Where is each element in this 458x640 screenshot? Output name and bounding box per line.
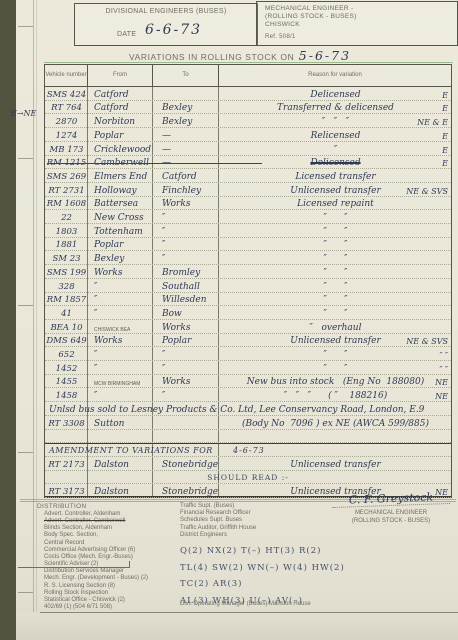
table-row: RM 1215Camberwell—DelicensedE: [45, 156, 451, 170]
vehicle-number: RT 2173: [45, 460, 88, 470]
distribution-title: DISTRIBUTION: [37, 503, 86, 510]
reason-text: ″ ″: [324, 309, 348, 319]
scanned-document-page: DIVISIONAL ENGINEERS (BUSES) DATE 6-6-73…: [0, 0, 458, 640]
mechanical-engineer-line3: CHISWICK: [265, 21, 457, 29]
table-row: 1455MCW BIRMINGHAMWorksNew bus into stoc…: [45, 375, 451, 389]
to-cell: ″: [154, 213, 220, 223]
should-read-text: SHOULD READ :-: [207, 473, 289, 482]
reason-text: Licensed repaint: [297, 199, 374, 209]
reason-text: Transferred & delicensed: [277, 103, 394, 113]
signatory-line2: (ROLLING STOCK - BUSES): [326, 518, 456, 526]
table-row: 1881Poplar″″ ″: [45, 238, 451, 252]
table-header: Vehicle number From To Reason for variat…: [44, 64, 452, 87]
reason-cell: ″ ″″ ″: [220, 349, 451, 360]
reason-text: Delicensed: [310, 158, 360, 168]
row-code-note: E: [442, 146, 448, 155]
vehicle-number: 1452: [45, 364, 88, 374]
recipient-item: District Engineers: [180, 532, 256, 539]
paper-fold-line: [40, 612, 458, 613]
reason-cell: ″ ″: [220, 267, 451, 278]
row-code-note: NE & SVS: [406, 337, 448, 346]
from-cell: ″: [88, 364, 154, 374]
garage-code-counts: Q(2) NX(2) T(–) HT(3) R(2)TL(4) SW(2) WN…: [180, 543, 345, 609]
reason-cell: Licensed transfer: [220, 171, 451, 182]
from-cell: ″: [88, 295, 154, 305]
table-row: SMS 424CatfordDelicensedE: [45, 87, 451, 101]
reason-text: (Body No 7096 ) ex NE (AWCA 599/885): [242, 419, 429, 429]
table-row: RT 2731HollowayFinchleyUnlicensed transf…: [45, 183, 451, 197]
to-cell: ″: [154, 391, 220, 401]
reason-text: Delicensed: [310, 90, 360, 100]
reason-text: New bus into stock (Eng No 188080): [247, 377, 425, 387]
reason-cell: ″ overhaul: [220, 322, 451, 333]
reason-cell: ″E: [220, 144, 451, 155]
reason-text: Unlicensed transfer: [290, 460, 381, 470]
reason-text: ″: [334, 145, 337, 155]
table-body: SMS 424CatfordDelicensedERT 764CatfordBe…: [44, 87, 452, 498]
distribution-item: R. S. Licensing Section (8): [44, 583, 148, 590]
vehicle-number: DMS 649: [45, 336, 88, 346]
vehicle-number: RM 1857: [45, 295, 88, 305]
from-cell: ″: [88, 309, 154, 319]
table-row: SMS 269Elmers EndCatfordLicensed transfe…: [45, 169, 451, 183]
from-cell: Holloway: [88, 186, 154, 196]
to-cell: Works: [154, 199, 220, 209]
reason-text: ″ ″: [324, 268, 348, 278]
reason-text: ″ ″: [324, 240, 348, 250]
reason-cell: ″ ″: [220, 294, 451, 305]
to-cell: Southall: [154, 282, 220, 292]
recipient-item: Traffic Supt. (Buses): [180, 503, 256, 510]
from-cell: Catford: [88, 90, 154, 100]
table-row: BEA 10CHISWICK BEAWorks″ overhaul: [45, 320, 451, 334]
distribution-item: Distribution Services Manager: [44, 568, 148, 575]
reason-cell: Unlicensed transfer: [220, 459, 451, 470]
table-row: 652″″″ ″″ ″: [45, 347, 451, 361]
table-row: RT 2173DalstonStonebridgeUnlicensed tran…: [45, 457, 451, 471]
vehicle-number: SMS 199: [45, 268, 88, 278]
vehicle-number: RT 3173: [45, 487, 88, 497]
margin-tick: [18, 592, 33, 593]
from-cell: CHISWICK BEA: [88, 326, 154, 333]
to-cell: Finchley: [154, 186, 220, 196]
col-header-from: From: [88, 65, 153, 86]
from-cell: ″: [88, 391, 154, 401]
from-cell: Works: [88, 268, 154, 278]
vehicle-number: 328: [45, 282, 88, 292]
to-cell: Catford: [154, 172, 220, 182]
reason-cell: ″ ″: [220, 212, 451, 223]
from-cell: Cricklewood: [88, 145, 154, 155]
margin-tick: [18, 305, 33, 306]
table-row: 1452″″″ ″″ ″: [45, 361, 451, 375]
title-date-handwritten: 5-6-73: [299, 48, 351, 63]
reason-cell: ″ ″: [220, 253, 451, 264]
row-code-note: ″ ″: [439, 351, 448, 360]
reference-number: Ref. 508/1: [265, 34, 296, 40]
to-cell: Stonebridge: [154, 487, 220, 497]
from-cell: ″: [88, 350, 154, 360]
reason-cell: ″ ″ ″NE & E: [220, 116, 451, 127]
reason-text: ″ ″: [324, 227, 348, 237]
table-row: 328″Southall″ ″: [45, 279, 451, 293]
reason-cell: ″ ″ ″ ( ″ 188216)NE: [220, 390, 451, 401]
sold-note-row: Unlsd bus sold to Lesney Products & Co. …: [45, 402, 451, 416]
from-cell: Bexley: [88, 254, 154, 264]
to-cell: Stonebridge: [154, 460, 220, 470]
to-cell: Bexley: [154, 103, 220, 113]
reason-text: ″ ″: [324, 282, 348, 292]
reason-cell: New bus into stock (Eng No 188080)NE: [220, 376, 451, 387]
distribution-item: Body Spec. Section,: [44, 532, 148, 539]
table-row: 41″Bow″ ″: [45, 306, 451, 320]
margin-tick: [18, 452, 33, 453]
to-cell: Bromley: [154, 268, 220, 278]
distribution-item: Mech. Engr. (Development - Buses) (2): [44, 575, 148, 582]
to-cell: Bow: [154, 309, 220, 319]
table-row: 2870NorbitonBexley″ ″ ″NE & E: [45, 114, 451, 128]
reason-cell: RelicensedE: [220, 130, 451, 141]
vehicle-number: RM 1608: [45, 199, 88, 209]
margin-tick: [18, 158, 33, 159]
from-cell: Norbiton: [88, 117, 154, 127]
row-code-note: NE: [435, 392, 448, 401]
from-cell: Catford: [88, 103, 154, 113]
vehicle-number: SM 23: [45, 254, 88, 264]
row-code-note: ″ ″: [439, 365, 448, 374]
row-code-note: E: [442, 159, 448, 168]
vehicle-number: BEA 10: [45, 323, 88, 333]
to-cell: ″: [154, 254, 220, 264]
from-cell: Poplar: [88, 131, 154, 141]
col-header-vehicle: Vehicle number: [45, 65, 88, 86]
table-row: RM 1608BatterseaWorksLicensed repaint: [45, 197, 451, 211]
distribution-item: Statistical Office - Chiswick (2): [44, 597, 148, 604]
sold-note-text: Unlsd bus sold to Lesney Products & Co. …: [49, 405, 424, 415]
vehicle-number: RT 2731: [45, 186, 88, 196]
reason-text: ″ ″: [324, 364, 348, 374]
from-cell: Poplar: [88, 240, 154, 250]
reason-cell: Unlicensed transferNE & SVS: [220, 335, 451, 346]
table-row: SM 23Bexley″″ ″: [45, 251, 451, 265]
distribution-item: Costs Office (Mech. Engr.-Buses): [44, 554, 148, 561]
from-cell: Dalston: [88, 487, 154, 497]
reason-text: Unlicensed transfer: [290, 186, 381, 196]
vehicle-number: 2870: [45, 117, 88, 127]
mechanical-engineer-line1: MECHANICAL ENGINEER -: [265, 5, 457, 13]
distribution-item: Commercial Advertising Officer (6): [44, 547, 148, 554]
to-cell: Willesden: [154, 295, 220, 305]
table-row: RT 764CatfordBexleyTransferred & delicen…: [45, 101, 451, 115]
reason-text: Relicensed: [311, 131, 361, 141]
reason-cell: ″ ″″ ″: [220, 363, 451, 374]
row-code-note: NE & E: [417, 118, 448, 127]
table-row: 1803Tottenham″″ ″: [45, 224, 451, 238]
vehicle-number: 1803: [45, 227, 88, 237]
to-cell: —: [154, 131, 220, 141]
row-code-note: E: [442, 91, 448, 100]
code-line: Q(2) NX(2) T(–) HT(3) R(2): [180, 543, 345, 560]
vehicle-number: 652: [45, 350, 88, 360]
signatory-line1: MECHANICAL ENGINEER: [326, 510, 456, 518]
col-header-to: To: [153, 65, 219, 86]
to-cell: Bexley: [154, 117, 220, 127]
reason-cell: Unlicensed transferNE & SVS: [220, 185, 451, 196]
red-tick-mark: [129, 561, 130, 568]
amendment-date: 4-6-73: [227, 446, 265, 455]
reason-cell: Transferred & delicensedE: [220, 102, 451, 113]
to-cell: ″: [154, 227, 220, 237]
distribution-item: Central Record: [44, 540, 148, 547]
recipient-item: Traffic Auditor, Griffith House: [180, 525, 256, 532]
reason-cell: ″ ″: [220, 281, 451, 292]
table-row: 1274Poplar—RelicensedE: [45, 128, 451, 142]
vehicle-number: SMS 269: [45, 172, 88, 182]
vehicle-number: RT 3308: [45, 419, 88, 429]
vehicle-number: RT 764: [45, 103, 88, 113]
code-line: TL(4) SW(2) WN(–) W(4) HW(2): [180, 560, 345, 577]
reason-text: ″ ″: [324, 254, 348, 264]
mechanical-engineer-line2: (ROLLING STOCK - BUSES): [265, 13, 457, 21]
amendment-label: AMENDMENT TO VARIATIONS FOR: [45, 446, 227, 455]
should-read-row: SHOULD READ :-: [45, 471, 451, 485]
to-cell: Poplar: [154, 336, 220, 346]
recipient-item: Schedules Supt. Buses: [180, 517, 256, 524]
margin-annotation: E→NE: [11, 109, 36, 118]
to-cell: Works: [154, 323, 220, 333]
distribution-item: Blinds Section, Aldenham: [44, 525, 148, 532]
reason-text: ″ ″: [324, 213, 348, 223]
divisional-engineers-title: DIVISIONAL ENGINEERS (BUSES): [75, 8, 257, 15]
from-cell: Sutton: [88, 419, 154, 429]
table-row: MB 173Cricklewood—″E: [45, 142, 451, 156]
paper-fold-shade: [16, 613, 458, 640]
header-box-divisional: DIVISIONAL ENGINEERS (BUSES) DATE 6-6-73: [74, 3, 258, 46]
to-cell: ″: [154, 240, 220, 250]
vehicle-number: 41: [45, 309, 88, 319]
to-cell: ″: [154, 364, 220, 374]
table-row: 22New Cross″″ ″: [45, 210, 451, 224]
from-cell: Dalston: [88, 460, 154, 470]
scan-color-fringe: [44, 62, 453, 63]
from-cell: Battersea: [88, 199, 154, 209]
margin-rule-line: [33, 0, 34, 612]
reason-cell: (Body No 7096 ) ex NE (AWCA 599/885): [220, 418, 451, 429]
signatory-title: MECHANICAL ENGINEER (ROLLING STOCK - BUS…: [326, 510, 456, 525]
recipient-item: Financial Research Officer: [180, 510, 256, 517]
reason-text: ″ overhaul: [310, 323, 362, 333]
distribution-item: Rolling Stock Inspection: [44, 590, 148, 597]
table-row: RT 3308Sutton(Body No 7096 ) ex NE (AWCA…: [45, 416, 451, 430]
date-label: DATE: [117, 31, 136, 38]
code-line: TC(2) AR(3): [180, 576, 345, 593]
row-code-note: NE: [435, 378, 448, 387]
reason-cell: ″ ″: [220, 308, 451, 319]
from-cell: ″: [88, 282, 154, 292]
amendment-header-row: AMENDMENT TO VARIATIONS FOR4-6-73: [45, 443, 451, 457]
from-cell: New Cross: [88, 213, 154, 223]
table-row: 1458″″″ ″ ″ ( ″ 188216)NE: [45, 388, 451, 402]
red-underline-mark: [18, 567, 130, 568]
distribution-list: Advert. Controller, AldenhamAdvert. Cont…: [44, 511, 148, 611]
distribution-item: 402/69 (1) (504 6/71 508): [44, 604, 148, 611]
reason-cell: ″ ″: [220, 239, 451, 250]
date-handwritten: 6-6-73: [145, 22, 202, 38]
title-printed-text: VARIATIONS IN ROLLING STOCK ON: [129, 52, 294, 62]
blank-row: [45, 430, 451, 444]
from-cell: MCW BIRMINGHAM: [88, 380, 154, 387]
from-cell: Works: [88, 336, 154, 346]
vehicle-number: SMS 424: [45, 90, 88, 100]
vehicle-number: MB 173: [45, 145, 88, 155]
margin-rule-line-2: [36, 0, 37, 612]
vehicle-number: 1881: [45, 240, 88, 250]
row-code-note: E: [442, 104, 448, 113]
margin-tick: [18, 26, 33, 27]
row-code-note: E: [442, 132, 448, 141]
reason-cell: ″ ″: [220, 226, 451, 237]
reason-cell: DelicensedE: [220, 89, 451, 100]
table-row: RM 1857″Willesden″ ″: [45, 293, 451, 307]
to-cell: ″: [154, 350, 220, 360]
reason-cell: DelicensedE: [220, 157, 451, 168]
reason-cell: Licensed repaint: [220, 198, 451, 209]
reason-text: ″ ″ ″ ( ″ 188216): [284, 391, 387, 401]
from-cell: Tottenham: [88, 227, 154, 237]
distribution-item: Advert. Controller, Aldenham: [44, 511, 148, 518]
reason-text: ″ ″: [324, 350, 348, 360]
vehicle-number: 1458: [45, 391, 88, 401]
row-code-note: NE & SVS: [406, 187, 448, 196]
table-row: DMS 649WorksPoplarUnlicensed transferNE …: [45, 334, 451, 348]
recipients-list: Traffic Supt. (Buses)Financial Research …: [180, 503, 256, 539]
vehicle-number: 1274: [45, 131, 88, 141]
col-header-reason: Reason for variation: [219, 65, 451, 86]
reason-text: ″ ″: [324, 295, 348, 305]
from-cell: Elmers End: [88, 172, 154, 182]
vehicle-number: 22: [45, 213, 88, 223]
vehicle-number: 1455: [45, 377, 88, 387]
operating-manager-line: Divl. Operating Manager (Buses) Mansion …: [180, 601, 311, 607]
reason-text: Unlicensed transfer: [290, 336, 381, 346]
distribution-item: Advert. Controller, Camberwell: [44, 518, 148, 525]
reason-text: Licensed transfer: [295, 172, 375, 182]
reason-text: ″ ″ ″: [322, 117, 349, 127]
header-box-mechanical: MECHANICAL ENGINEER - (ROLLING STOCK - B…: [256, 1, 458, 46]
to-cell: —: [154, 145, 220, 155]
to-cell: Works: [154, 377, 220, 387]
table-row: SMS 199WorksBromley″ ″: [45, 265, 451, 279]
